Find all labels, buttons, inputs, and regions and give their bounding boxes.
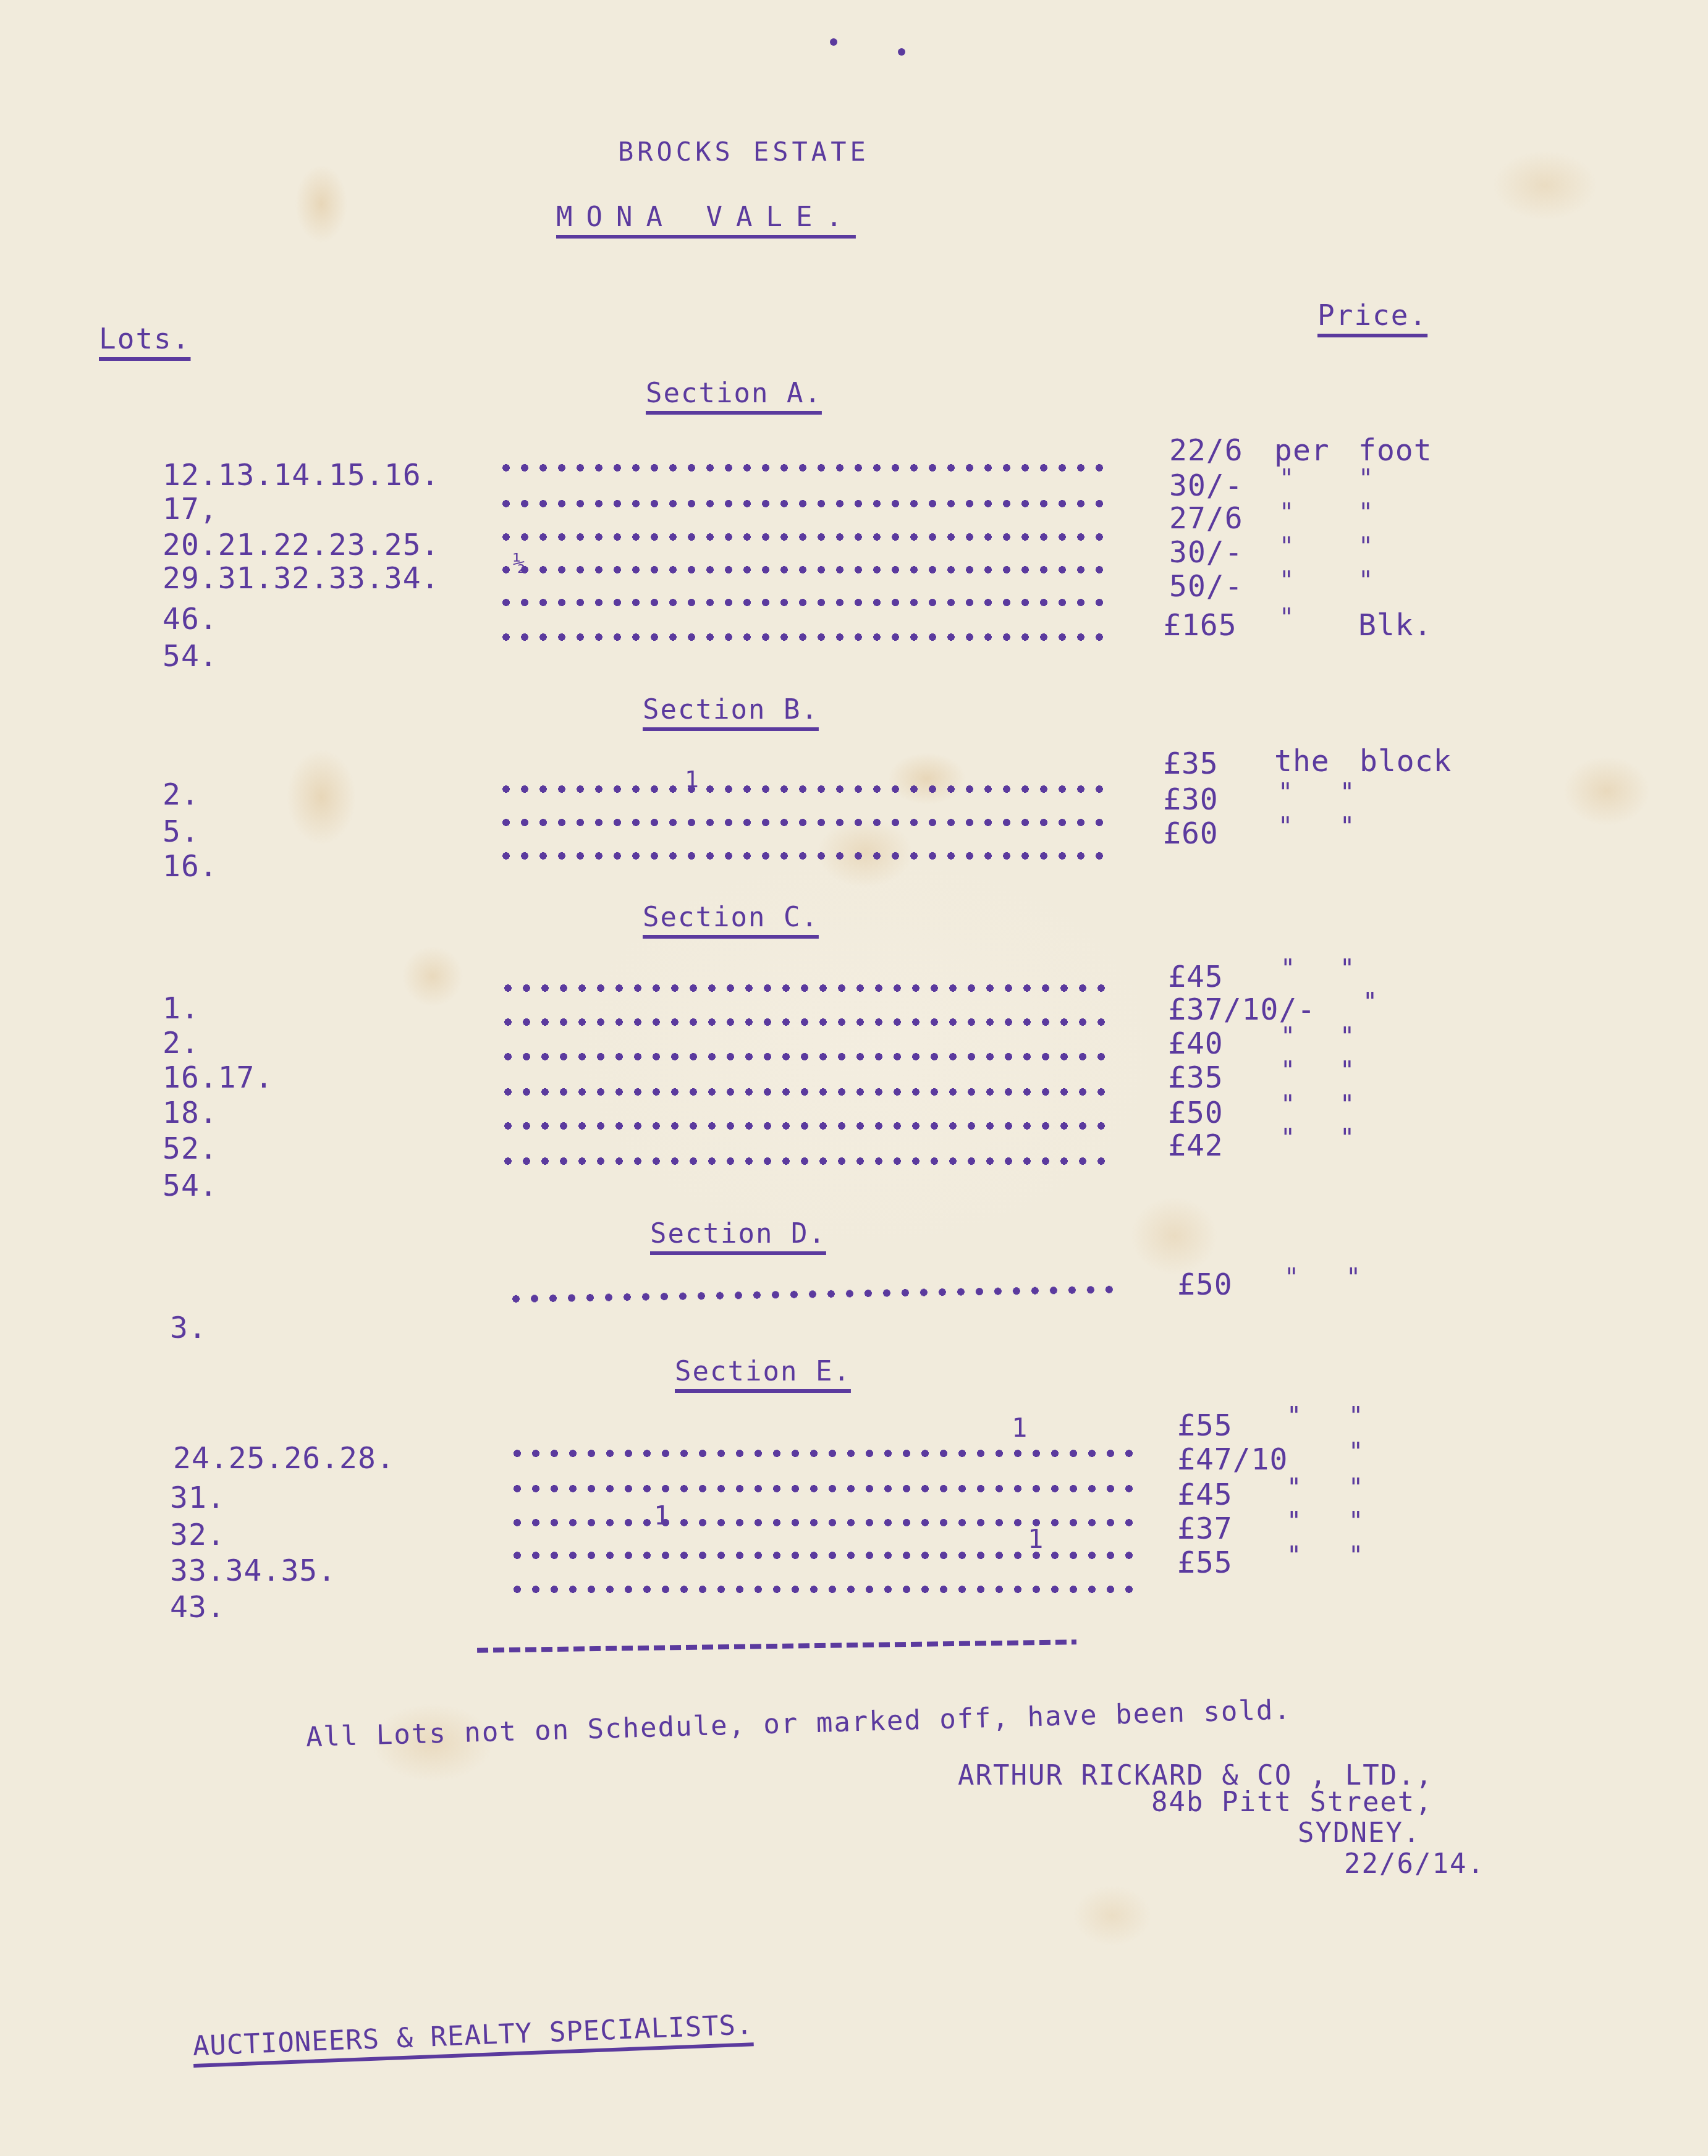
price-value: £60: [1163, 819, 1219, 848]
price-value: £55: [1177, 1548, 1233, 1578]
ditto-mark: ": [1358, 569, 1374, 593]
price-unit: block: [1359, 746, 1452, 776]
dot-leader: [502, 818, 1104, 827]
price-value: £50: [1168, 1098, 1224, 1128]
dot-leader: [502, 463, 1104, 472]
ditto-mark: ": [1278, 780, 1294, 805]
ditto-mark: ": [1280, 957, 1296, 981]
ditto-mark: ": [1287, 1509, 1303, 1534]
dot-leader: [512, 1285, 1123, 1303]
price-value: £35: [1163, 749, 1219, 779]
ditto-mark: ": [1340, 1093, 1356, 1117]
dashed-divider: [477, 1639, 1076, 1653]
lot-numbers: 20.21.22.23.25.: [163, 530, 439, 560]
dot-leader: [513, 1585, 1137, 1594]
dot-leader: [502, 565, 1104, 574]
lot-numbers: 3.: [170, 1313, 207, 1343]
price-value: £30: [1163, 785, 1219, 814]
footer-note: All Lots not on Schedule, or marked off,…: [305, 1696, 1292, 1751]
dot-leader: [502, 499, 1104, 508]
price-value: £37/10/-: [1168, 995, 1316, 1025]
price-value: £45: [1177, 1480, 1233, 1510]
document-date: 22/6/14.: [1344, 1851, 1485, 1878]
lot-numbers: 54.: [163, 641, 218, 671]
company-street: 84b Pitt Street,: [1151, 1789, 1433, 1816]
price-unit: the: [1274, 746, 1330, 776]
ditto-mark: ": [1279, 606, 1295, 630]
price-value: £40: [1168, 1029, 1224, 1059]
price-value: 50/-: [1169, 572, 1243, 601]
handwritten-annotation: 1: [1012, 1415, 1028, 1441]
company-name: ARTHUR RICKARD & CO , LTD.,: [958, 1762, 1433, 1790]
section-heading-a: Section A.: [646, 380, 822, 407]
dot-leader: [504, 1122, 1112, 1130]
ditto-mark: ": [1280, 1093, 1296, 1117]
price-value: £47/10: [1177, 1445, 1288, 1474]
lot-numbers: 33.34.35.: [170, 1556, 336, 1586]
ditto-mark: ": [1287, 1544, 1303, 1568]
ditto-mark: ": [1340, 957, 1356, 981]
lot-numbers: 52.: [163, 1134, 218, 1164]
ditto-mark: ": [1348, 1404, 1364, 1429]
ditto-mark: ": [1340, 814, 1356, 839]
ditto-mark: ": [1363, 990, 1379, 1015]
dot-leader: [504, 1018, 1112, 1026]
ink-mark: [830, 38, 837, 46]
ditto-mark: ": [1348, 1544, 1364, 1568]
dot-leader: [504, 1052, 1112, 1061]
dot-leader: [502, 633, 1104, 641]
ditto-mark: ": [1279, 501, 1295, 525]
dot-leader: [502, 852, 1104, 860]
ditto-mark: ": [1348, 1476, 1364, 1500]
ditto-mark: ": [1340, 1025, 1356, 1049]
ditto-mark: ": [1287, 1476, 1303, 1500]
ditto-mark: ": [1348, 1440, 1364, 1465]
lots-column-heading: Lots.: [99, 324, 190, 353]
dot-leader: [513, 1484, 1137, 1493]
lot-numbers: 12.13.14.15.16.: [163, 460, 439, 490]
section-heading-e: Section E.: [675, 1358, 851, 1385]
ditto-mark: ": [1358, 467, 1374, 491]
dot-leader: [502, 598, 1104, 607]
dot-leader: [513, 1449, 1137, 1458]
section-heading-b: Section B.: [643, 696, 819, 724]
lot-numbers: 17,: [163, 494, 218, 524]
lot-numbers: 24.25.26.28.: [173, 1444, 395, 1473]
price-value: £42: [1168, 1131, 1224, 1160]
price-unit: foot: [1358, 436, 1432, 465]
lot-numbers: 31.: [170, 1483, 226, 1513]
document-subtitle: MONA VALE.: [556, 204, 856, 231]
price-column-heading: Price.: [1317, 301, 1427, 329]
lot-numbers: 54.: [163, 1171, 218, 1201]
document-title: BROCKS ESTATE: [618, 139, 869, 165]
dot-leader: [504, 984, 1112, 992]
dot-leader: [513, 1551, 1137, 1560]
ditto-mark: ": [1280, 1025, 1296, 1049]
price-value: 30/-: [1169, 471, 1243, 501]
price-unit: Blk.: [1358, 611, 1432, 640]
lot-numbers: 16.: [163, 852, 218, 881]
price-value: £165: [1163, 611, 1237, 640]
lot-numbers: 43.: [170, 1592, 226, 1622]
lot-numbers: 1.: [163, 994, 200, 1023]
handwritten-annotation: 1: [1028, 1526, 1044, 1552]
ditto-mark: ": [1358, 535, 1374, 559]
ditto-mark: ": [1284, 1266, 1300, 1290]
price-value: £45: [1168, 962, 1224, 992]
section-heading-d: Section D.: [650, 1220, 826, 1248]
price-value: 30/-: [1169, 538, 1243, 567]
section-heading-c: Section C.: [643, 904, 819, 931]
dot-leader: [504, 1157, 1112, 1165]
lot-numbers: 18.: [163, 1098, 218, 1128]
lot-numbers: 5.: [163, 817, 200, 847]
company-city: SYDNEY.: [1298, 1820, 1421, 1847]
ditto-mark: ": [1340, 1126, 1356, 1151]
lot-numbers: 2.: [163, 1028, 200, 1058]
lot-numbers: 2.: [163, 780, 200, 810]
price-value: £35: [1168, 1063, 1224, 1093]
price-value: 22/6: [1169, 436, 1243, 465]
ditto-mark: ": [1358, 501, 1374, 525]
price-value: £50: [1177, 1270, 1233, 1300]
ditto-mark: ": [1278, 814, 1294, 839]
price-value: £55: [1177, 1411, 1233, 1440]
lot-numbers: 32.: [170, 1520, 226, 1550]
price-unit: per: [1274, 436, 1330, 465]
ditto-mark: ": [1279, 467, 1295, 491]
ink-mark: [898, 48, 905, 56]
company-tagline: AUCTIONEERS & REALTY SPECIALISTS.: [192, 2011, 753, 2060]
dot-leader: [504, 1088, 1112, 1096]
ditto-mark: ": [1340, 780, 1356, 805]
ditto-mark: ": [1280, 1059, 1296, 1083]
lot-numbers: 46.: [163, 604, 218, 634]
ditto-mark: ": [1279, 569, 1295, 593]
lot-numbers: 29.31.32.33.34.: [163, 564, 439, 593]
ditto-mark: ": [1287, 1404, 1303, 1429]
dot-leader: [502, 785, 1104, 793]
lot-numbers: 16.17.: [163, 1063, 273, 1093]
ditto-mark: ": [1348, 1509, 1364, 1534]
ditto-mark: ": [1280, 1126, 1296, 1151]
ditto-mark: ": [1279, 535, 1295, 559]
price-value: £37: [1177, 1514, 1233, 1544]
ditto-mark: ": [1346, 1266, 1362, 1290]
price-value: 27/6: [1169, 504, 1243, 533]
ditto-mark: ": [1340, 1059, 1356, 1083]
dot-leader: [502, 533, 1104, 541]
